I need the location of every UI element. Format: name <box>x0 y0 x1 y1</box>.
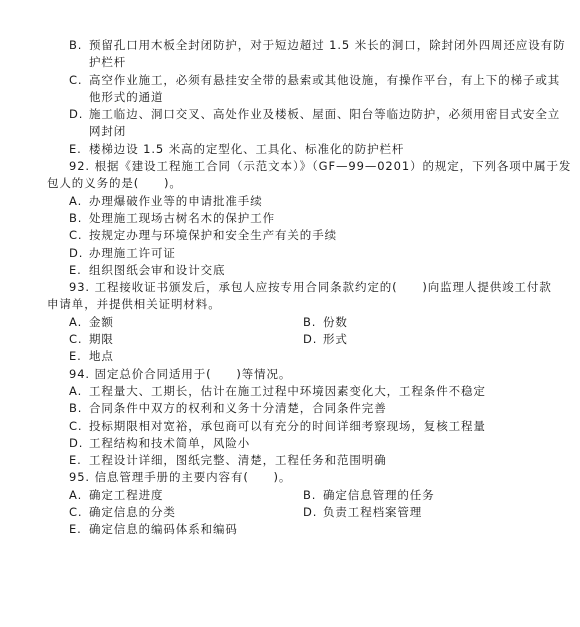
option-line: C.按规定办理与环境保护和安全生产有关的手续 <box>0 227 580 244</box>
option-label: A. <box>69 193 82 210</box>
option-label: E. <box>69 141 82 158</box>
option-text: 高空作业施工，必须有悬挂安全带的悬索或其他设施，有操作平台，有上下的梯子或其 <box>89 72 535 89</box>
option-label: D. <box>69 435 83 452</box>
option-row: C.期限 D.形式 <box>0 331 580 348</box>
question-stem: 95. 信息管理手册的主要内容有( )。 <box>0 469 580 486</box>
question-stem: 93. 工程接收证书颁发后，承包人应按专用合同条款约定的( )向监理人提供竣工付… <box>0 279 580 296</box>
question-number: 94. <box>69 367 90 381</box>
option-text: 地点 <box>89 348 114 365</box>
option-text: 施工临边、洞口交叉、高处作业及楼板、屋面、阳台等临边防护，必须用密目式安全立 <box>89 106 535 123</box>
option-text: 按规定办理与环境保护和安全生产有关的手续 <box>89 227 337 244</box>
option-text: 确定信息的分类 <box>89 504 176 521</box>
stem-line: 根据《建设工程施工合同（示范文本）》（GF—99—0201）的规定，下列各项中属… <box>95 159 572 173</box>
option-text: 负责工程档案管理 <box>323 504 422 521</box>
option-text: 确定信息的编码体系和编码 <box>89 521 238 538</box>
question-stem-text: 92. 根据《建设工程施工合同（示范文本）》（GF—99—0201）的规定，下列… <box>69 158 535 175</box>
option-text: 工程设计详细，图纸完整、清楚，工程任务和范围明确 <box>89 452 387 469</box>
option-label: B. <box>69 400 82 417</box>
option-label: D. <box>303 504 317 521</box>
option-line: B.合同条件中双方的权利和义务十分清楚，合同条件完善 <box>0 400 580 417</box>
option-text: 组织图纸会审和设计交底 <box>89 262 225 279</box>
option-text: 合同条件中双方的权利和义务十分清楚，合同条件完善 <box>89 400 387 417</box>
option-label: D. <box>69 245 83 262</box>
option-label: A. <box>69 383 82 400</box>
option-label: C. <box>69 227 83 244</box>
question-stem: 92. 根据《建设工程施工合同（示范文本）》（GF—99—0201）的规定，下列… <box>0 158 580 175</box>
option-row: A.金额 B.份数 <box>0 314 580 331</box>
option-label: A. <box>69 314 82 331</box>
stem-line: 申请单，并提供相关证明材料。 <box>47 296 221 313</box>
option-label: E. <box>69 521 82 538</box>
question-stem: 94. 固定总价合同适用于( )等情况。 <box>0 366 580 383</box>
option-line-continued: 网封闭 <box>0 123 580 140</box>
question-stem-text: 95. 信息管理手册的主要内容有( )。 <box>69 469 291 486</box>
question-number: 93. <box>69 280 90 294</box>
option-text: 办理施工许可证 <box>89 245 176 262</box>
option-text: 预留孔口用木板全封闭防护，对于短边超过 1.5 米长的洞口，除封闭外四周还应设有… <box>89 37 535 54</box>
option-text: 形式 <box>323 331 348 348</box>
option-line: C.投标期限相对宽裕，承包商可以有充分的时间详细考察现场，复核工程量 <box>0 418 580 435</box>
option-text: 楼梯边设 1.5 米高的定型化、工具化、标准化的防护栏杆 <box>89 141 404 158</box>
option-text: 确定工程进度 <box>89 487 163 504</box>
option-label: E. <box>69 348 82 365</box>
option-line: D.工程结构和技术简单，风险小 <box>0 435 580 452</box>
option-text: 护栏杆 <box>89 54 126 71</box>
stem-line: 工程接收证书颁发后，承包人应按专用合同条款约定的( )向监理人提供竣工付款 <box>95 280 552 294</box>
option-line: B.处理施工现场古树名木的保护工作 <box>0 210 580 227</box>
option-text: 份数 <box>323 314 348 331</box>
stem-line: 信息管理手册的主要内容有( )。 <box>95 470 292 484</box>
option-text: 办理爆破作业等的申请批准手续 <box>89 193 263 210</box>
option-line: A.办理爆破作业等的申请批准手续 <box>0 193 580 210</box>
option-line: D.办理施工许可证 <box>0 245 580 262</box>
option-label: B. <box>303 314 316 331</box>
option-label: C. <box>69 72 83 89</box>
document-page: B. 预留孔口用木板全封闭防护，对于短边超过 1.5 米长的洞口，除封闭外四周还… <box>0 0 580 627</box>
question-stem-continued: 包人的义务的是( )。 <box>0 175 580 192</box>
stem-line: 固定总价合同适用于( )等情况。 <box>95 367 292 381</box>
exam-content: B. 预留孔口用木板全封闭防护，对于短边超过 1.5 米长的洞口，除封闭外四周还… <box>0 37 580 539</box>
option-text: 投标期限相对宽裕，承包商可以有充分的时间详细考察现场，复核工程量 <box>89 418 486 435</box>
option-line: E.地点 <box>0 348 580 365</box>
option-line: A.工程量大、工期长，估计在施工过程中环境因素变化大，工程条件不稳定 <box>0 383 580 400</box>
option-line-continued: 他形式的通道 <box>0 89 580 106</box>
question-stem-continued: 申请单，并提供相关证明材料。 <box>0 296 580 313</box>
option-line: E. 楼梯边设 1.5 米高的定型化、工具化、标准化的防护栏杆 <box>0 141 580 158</box>
option-label: E. <box>69 452 82 469</box>
option-line: D. 施工临边、洞口交叉、高处作业及楼板、屋面、阳台等临边防护，必须用密目式安全… <box>0 106 580 123</box>
option-label: B. <box>69 37 82 54</box>
question-number: 92. <box>69 159 90 173</box>
option-text: 处理施工现场古树名木的保护工作 <box>89 210 275 227</box>
question-stem-text: 93. 工程接收证书颁发后，承包人应按专用合同条款约定的( )向监理人提供竣工付… <box>69 279 535 296</box>
option-text: 工程结构和技术简单，风险小 <box>89 435 250 452</box>
option-row: A.确定工程进度 B.确定信息管理的任务 <box>0 487 580 504</box>
question-number: 95. <box>69 470 90 484</box>
option-label: C. <box>69 504 83 521</box>
option-line: B. 预留孔口用木板全封闭防护，对于短边超过 1.5 米长的洞口，除封闭外四周还… <box>0 37 580 54</box>
option-line: E.工程设计详细，图纸完整、清楚，工程任务和范围明确 <box>0 452 580 469</box>
option-line: C. 高空作业施工，必须有悬挂安全带的悬索或其他设施，有操作平台，有上下的梯子或… <box>0 72 580 89</box>
question-stem-text: 94. 固定总价合同适用于( )等情况。 <box>69 366 291 383</box>
option-label: E. <box>69 262 82 279</box>
option-label: B. <box>69 210 82 227</box>
option-text: 网封闭 <box>89 123 126 140</box>
option-label: D. <box>69 106 83 123</box>
option-label: A. <box>69 487 82 504</box>
option-line: E.确定信息的编码体系和编码 <box>0 521 580 538</box>
option-text: 确定信息管理的任务 <box>323 487 435 504</box>
option-label: C. <box>69 418 83 435</box>
option-label: C. <box>69 331 83 348</box>
option-text: 期限 <box>89 331 114 348</box>
option-text: 他形式的通道 <box>89 89 163 106</box>
option-line: E.组织图纸会审和设计交底 <box>0 262 580 279</box>
stem-line: 包人的义务的是( )。 <box>47 175 182 192</box>
option-label: B. <box>303 487 316 504</box>
option-label: D. <box>303 331 317 348</box>
option-text: 金额 <box>89 314 114 331</box>
option-text: 工程量大、工期长，估计在施工过程中环境因素变化大，工程条件不稳定 <box>89 383 486 400</box>
option-row: C.确定信息的分类 D.负责工程档案管理 <box>0 504 580 521</box>
option-line-continued: 护栏杆 <box>0 54 580 71</box>
